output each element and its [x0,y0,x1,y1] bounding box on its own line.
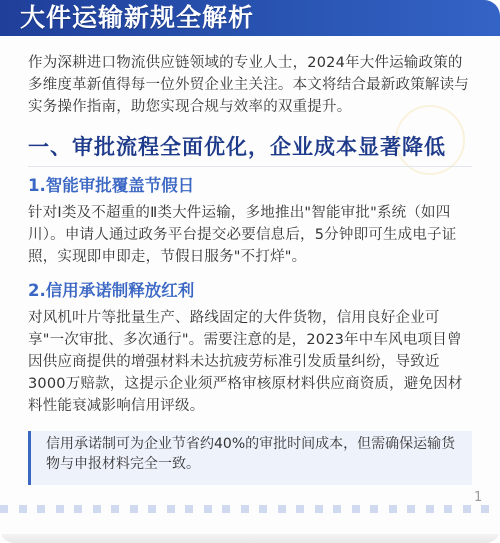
square-dot-icon [426,505,434,513]
square-dot-icon [167,505,175,513]
square-dot-icon [185,505,193,513]
square-dot-icon [148,505,156,513]
section-heading: 一、审批流程全面优化，企业成本显著降低 [28,133,446,161]
square-dot-icon [370,505,378,513]
square-dot-icon [259,505,267,513]
callout-text: 信用承诺制可为企业节省约40%的审批时间成本，但需确保运输货物与申报材料完全一致… [46,434,466,474]
square-dot-icon [278,505,286,513]
square-dot-icon [389,505,397,513]
square-dot-icon [111,505,119,513]
square-dot-icon [74,505,82,513]
intro-paragraph: 作为深耕进口物流供应链领域的专业人士，2024年大件运输政策的多维度革新值得每一… [28,52,474,118]
callout-box: 信用承诺制可为企业节省约40%的审批时间成本，但需确保运输货物与申报材料完全一致… [28,431,472,485]
square-dot-icon [296,505,304,513]
page-number: 1 [474,490,482,505]
square-dot-icon [0,505,8,513]
subsection-body-smart-approval: 针对Ⅰ类及不超重的Ⅱ类大件运输，多地推出"智能审批"系统（如四川）。申请人通过政… [28,202,474,268]
square-dot-icon [56,505,64,513]
subsection-heading-smart-approval: 1.智能审批覆盖节假日 [28,175,194,197]
document-page: 大件运输新规全解析 作为深耕进口物流供应链领域的专业人士，2024年大件运输政策… [0,0,500,543]
square-dot-icon [222,505,230,513]
square-dot-icon [19,505,27,513]
square-dot-icon [130,505,138,513]
decorative-dotted-border [0,505,500,515]
subsection-body-credit-commitment: 对风机叶片等批量生产、路线固定的大件货物，信用良好企业可享"一次审批、多次通行"… [28,307,474,417]
square-dot-icon [333,505,341,513]
square-dot-icon [481,505,489,513]
page-bottom-edge [0,534,500,543]
square-dot-icon [204,505,212,513]
section-divider [28,166,472,167]
square-dot-icon [241,505,249,513]
square-dot-icon [463,505,471,513]
square-dot-icon [93,505,101,513]
square-dot-icon [37,505,45,513]
page-title: 大件运输新规全解析 [20,2,254,34]
subsection-heading-credit-commitment: 2.信用承诺制释放红利 [28,280,194,302]
square-dot-icon [407,505,415,513]
square-dot-icon [315,505,323,513]
square-dot-icon [444,505,452,513]
square-dot-icon [352,505,360,513]
header-banner: 大件运输新规全解析 [0,0,500,36]
